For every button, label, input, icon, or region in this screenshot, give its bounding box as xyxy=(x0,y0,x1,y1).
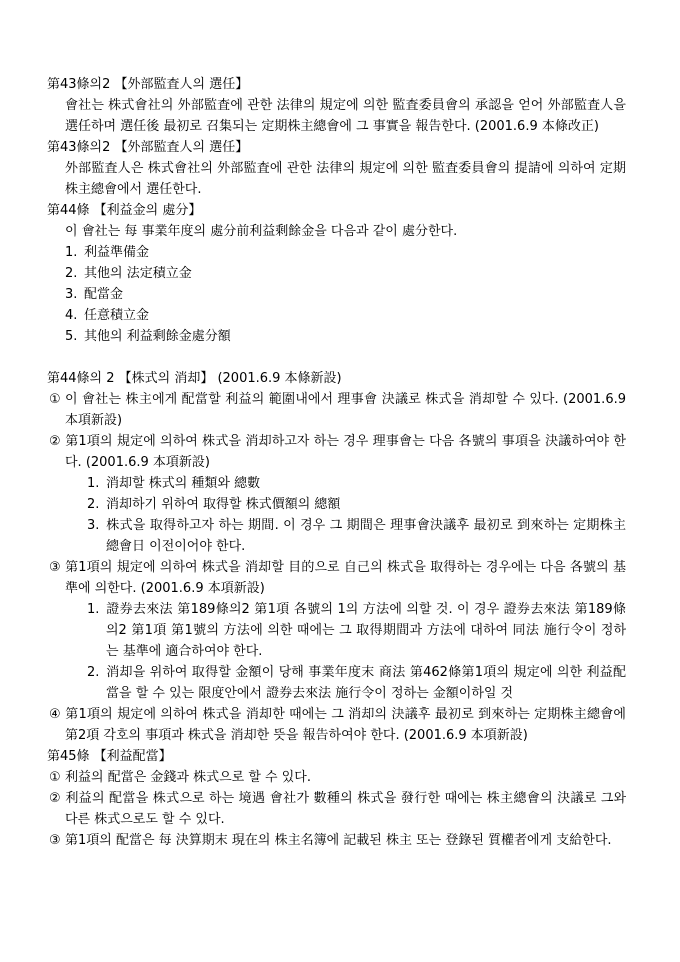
article-45: 第45條 【利益配當】 ①利益의 配當은 金錢과 株式으로 할 수 있다. ②利… xyxy=(47,746,626,851)
sub-list-item: 2.消却하기 위하여 取得할 株式價額의 總額 xyxy=(47,494,626,515)
item-text: 利益의 配當을 株式으로 하는 境遇 會社가 數種의 株式을 發行한 때에는 株… xyxy=(65,791,626,827)
item-text: 配當金 xyxy=(84,287,123,302)
paragraph-text: 會社는 株式會社의 外部監査에 관한 法律의 規定에 의한 監査委員會의 承認을… xyxy=(65,98,626,134)
item-marker: ② xyxy=(49,431,65,452)
item-text: 消却을 위하여 取得할 金額이 당해 事業年度末 商法 第462條第1項의 規定… xyxy=(106,665,626,701)
item-marker: 2. xyxy=(65,263,84,284)
sub-list-item: 2.消却을 위하여 取得할 金額이 당해 事業年度末 商法 第462條第1項의 … xyxy=(47,662,626,704)
list-item: 3.配當金 xyxy=(47,284,626,305)
item-marker: ③ xyxy=(49,557,65,578)
item-text: 第1項의 規定에 의하여 株式을 消却할 目的으로 自己의 株式을 取得하는 경… xyxy=(65,560,626,596)
item-marker: 3. xyxy=(65,284,84,305)
item-text: 株式을 取得하고자 하는 期間. 이 경우 그 期間은 理事會決議후 最初로 到… xyxy=(106,518,626,554)
item-marker: 1. xyxy=(87,599,106,620)
clause-item: ①利益의 配當은 金錢과 株式으로 할 수 있다. xyxy=(47,767,626,788)
article-heading: 第44條의 2 【株式의 消却】 (2001.6.9 本條新設) xyxy=(47,368,626,389)
item-text: 第1項의 配當은 每 決算期末 現在의 株主名簿에 記載된 株主 또는 登錄된 … xyxy=(65,833,612,848)
paragraph-text: 外部監査人은 株式會社의 外部監査에 관한 法律의 規定에 의한 監査委員會의 … xyxy=(65,161,626,197)
item-text: 消却하기 위하여 取得할 株式價額의 總額 xyxy=(106,497,340,512)
sub-list-item: 1.證券去來法 第189條의2 第1項 各號의 1의 方法에 의할 것. 이 경… xyxy=(47,599,626,662)
item-marker: ④ xyxy=(49,704,65,725)
list-item: 1.利益準備金 xyxy=(47,242,626,263)
sub-list-item: 1.消却할 株式의 種類와 總數 xyxy=(47,473,626,494)
item-text: 其他의 法定積立金 xyxy=(84,266,192,281)
sub-list-item: 3.株式을 取得하고자 하는 期間. 이 경우 그 期間은 理事會決議후 最初로… xyxy=(47,515,626,557)
item-text: 이 會社는 株主에게 配當할 利益의 範圍내에서 理事會 決議로 株式을 消却할… xyxy=(65,392,626,428)
item-marker: 2. xyxy=(87,662,106,683)
document-page: 第43條의2 【外部監査人의 選任】 會社는 株式會社의 外部監査에 관한 法律… xyxy=(0,0,680,962)
article-44-2: 第44條의 2 【株式의 消却】 (2001.6.9 本條新設) ①이 會社는 … xyxy=(47,368,626,746)
clause-item: ②第1項의 規定에 의하여 株式을 消却하고자 하는 경우 理事會는 다음 各號… xyxy=(47,431,626,473)
article-43-2-b: 第43條의2 【外部監査人의 選任】 外部監査人은 株式會社의 外部監査에 관한… xyxy=(47,137,626,200)
article-heading: 第45條 【利益配當】 xyxy=(47,746,626,767)
article-heading: 第44條 【利益金의 處分】 xyxy=(47,200,626,221)
list-item: 4.任意積立金 xyxy=(47,305,626,326)
item-text: 利益準備金 xyxy=(84,245,149,260)
item-marker: 5. xyxy=(65,326,84,347)
item-marker: ① xyxy=(49,767,65,788)
item-text: 消却할 株式의 種類와 總數 xyxy=(106,476,260,491)
item-text: 其他의 利益剩餘金處分額 xyxy=(84,329,231,344)
item-text: 利益의 配當은 金錢과 株式으로 할 수 있다. xyxy=(65,770,311,785)
item-marker: 1. xyxy=(87,473,106,494)
item-text: 證券去來法 第189條의2 第1項 各號의 1의 方法에 의할 것. 이 경우 … xyxy=(106,602,626,659)
article-heading: 第43條의2 【外部監査人의 選任】 xyxy=(47,74,626,95)
item-marker: 1. xyxy=(65,242,84,263)
article-paragraph: 會社는 株式會社의 外部監査에 관한 法律의 規定에 의한 監査委員會의 承認을… xyxy=(47,95,626,137)
clause-item: ③第1項의 配當은 每 決算期末 現在의 株主名簿에 記載된 株主 또는 登錄된… xyxy=(47,830,626,851)
item-text: 第1項의 規定에 의하여 株式을 消却한 때에는 그 消却의 決議후 最初로 到… xyxy=(65,707,626,743)
article-43-2-a: 第43條의2 【外部監査人의 選任】 會社는 株式會社의 外部監査에 관한 法律… xyxy=(47,74,626,137)
item-text: 第1項의 規定에 의하여 株式을 消却하고자 하는 경우 理事會는 다음 各號의… xyxy=(65,434,626,470)
article-44: 第44條 【利益金의 處分】 이 會社는 每 事業年度의 處分前利益剩餘金을 다… xyxy=(47,200,626,347)
article-heading: 第43條의2 【外部監査人의 選任】 xyxy=(47,137,626,158)
clause-item: ④第1項의 規定에 의하여 株式을 消却한 때에는 그 消却의 決議후 最初로 … xyxy=(47,704,626,746)
item-marker: 2. xyxy=(87,494,106,515)
clause-item: ③第1項의 規定에 의하여 株式을 消却할 目的으로 自己의 株式을 取得하는 … xyxy=(47,557,626,599)
item-marker: ③ xyxy=(49,830,65,851)
clause-item: ②利益의 配當을 株式으로 하는 境遇 會社가 數種의 株式을 發行한 때에는 … xyxy=(47,788,626,830)
paragraph-text: 이 會社는 每 事業年度의 處分前利益剩餘金을 다음과 같이 處分한다. xyxy=(65,224,457,239)
article-paragraph: 外部監査人은 株式會社의 外部監査에 관한 法律의 規定에 의한 監査委員會의 … xyxy=(47,158,626,200)
item-marker: 4. xyxy=(65,305,84,326)
list-item: 2.其他의 法定積立金 xyxy=(47,263,626,284)
list-item: 5.其他의 利益剩餘金處分額 xyxy=(47,326,626,347)
item-marker: ② xyxy=(49,788,65,809)
clause-item: ①이 會社는 株主에게 配當할 利益의 範圍내에서 理事會 決議로 株式을 消却… xyxy=(47,389,626,431)
item-marker: 3. xyxy=(87,515,106,536)
article-paragraph: 이 會社는 每 事業年度의 處分前利益剩餘金을 다음과 같이 處分한다. xyxy=(47,221,626,242)
item-text: 任意積立金 xyxy=(84,308,149,323)
item-marker: ① xyxy=(49,389,65,410)
